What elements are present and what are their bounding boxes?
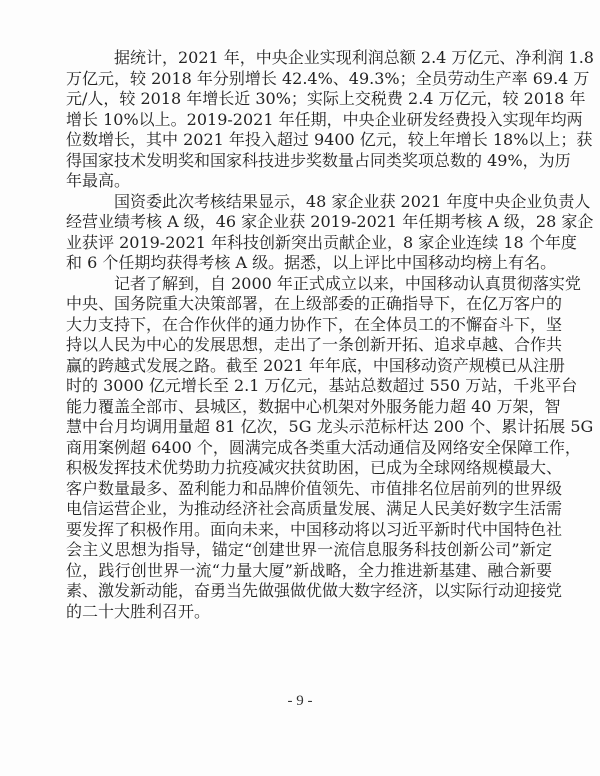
text-line: 时的 3000 亿元增长至 2.1 万亿元，基站总数超过 550 万站，千兆平台 [66, 376, 552, 397]
text-line: 会主义思想为指导，锚定“创建世界一流信息服务科技创新公司”新定 [66, 540, 552, 561]
text-line: 经营业绩考核 A 级，46 家企业获 2019-2021 年任期考核 A 级，2… [66, 212, 552, 233]
text-line: 能力覆盖全部市、县城区，数据中心机架对外服务能力超 40 万架，智 [66, 397, 552, 418]
paragraph-assessment-results: 国资委此次考核结果显示，48 家企业获 2021 年度中央企业负责人 经营业绩考… [66, 192, 552, 274]
text-line: 中央、国务院重大决策部署，在上级部委的正确指导下，在亿万客户的 [66, 294, 552, 315]
paragraph-china-mobile: 记者了解到，自 2000 年正式成立以来，中国移动认真贯彻落实党 中央、国务院重… [66, 274, 552, 623]
text-line: 年最高。 [66, 171, 552, 192]
text-line: 客户数量最多、盈利能力和品牌价值领先、市值排名位居前列的世界级 [66, 479, 552, 500]
text-line: 持以人民为中心的发展思想，走出了一条创新开拓、追求卓越、合作共 [66, 335, 552, 356]
text-line: 位，践行创世界一流“力量大厦”新战略，全力推进新基建、融合新要 [66, 561, 552, 582]
paragraph-statistics: 据统计，2021 年，中央企业实现利润总额 2.4 万亿元、净利润 1.8 万亿… [66, 48, 552, 192]
text-line: 电信运营企业，为推动经济社会高质量发展、满足人民美好数字生活需 [66, 499, 552, 520]
text-line: 万亿元，较 2018 年分别增长 42.4%、49.3%；全员劳动生产率 69.… [66, 69, 552, 90]
text-line: 大力支持下，在合作伙伴的通力协作下，在全体员工的不懈奋斗下，坚 [66, 315, 552, 336]
text-line: 得国家技术发明奖和国家科技进步奖数量占同类奖项总数的 49%，为历 [66, 151, 552, 172]
text-line: 慧中台月均调用量超 81 亿次，5G 龙头示范标杆达 200 个、累计拓展 5G [66, 417, 552, 438]
text-line: 业获评 2019-2021 年科技创新突出贡献企业，8 家企业连续 18 个年度 [66, 233, 552, 254]
text-line: 位数增长，其中 2021 年投入超过 9400 亿元，较上年增长 18%以上；获 [66, 130, 552, 151]
text-line: 的二十大胜利召开。 [66, 602, 552, 623]
text-line: 据统计，2021 年，中央企业实现利润总额 2.4 万亿元、净利润 1.8 [66, 48, 552, 69]
body-text: 据统计，2021 年，中央企业实现利润总额 2.4 万亿元、净利润 1.8 万亿… [66, 48, 552, 622]
page-number: - 9 - [0, 693, 600, 710]
text-line: 和 6 个任期均获得考核 A 级。据悉，以上评比中国移动均榜上有名。 [66, 253, 552, 274]
text-line: 素、激发新动能，奋勇当先做强做优做大数字经济，以实际行动迎接党 [66, 581, 552, 602]
text-line: 增长 10%以上。2019-2021 年任期，中央企业研发经费投入实现年均两 [66, 110, 552, 131]
text-line: 赢的跨越式发展之路。截至 2021 年年底，中国移动资产规模已从注册 [66, 356, 552, 377]
text-line: 国资委此次考核结果显示，48 家企业获 2021 年度中央企业负责人 [66, 192, 552, 213]
text-line: 要发挥了积极作用。面向未来，中国移动将以习近平新时代中国特色社 [66, 520, 552, 541]
document-page: 据统计，2021 年，中央企业实现利润总额 2.4 万亿元、净利润 1.8 万亿… [0, 0, 600, 776]
text-line: 积极发挥技术优势助力抗疫减灾扶贫助困，已成为全球网络规模最大、 [66, 458, 552, 479]
text-line: 元/人，较 2018 年增长近 30%；实际上交税费 2.4 万亿元，较 201… [66, 89, 552, 110]
text-line: 商用案例超 6400 个，圆满完成各类重大活动通信及网络安全保障工作， [66, 438, 552, 459]
text-line: 记者了解到，自 2000 年正式成立以来，中国移动认真贯彻落实党 [66, 274, 552, 295]
